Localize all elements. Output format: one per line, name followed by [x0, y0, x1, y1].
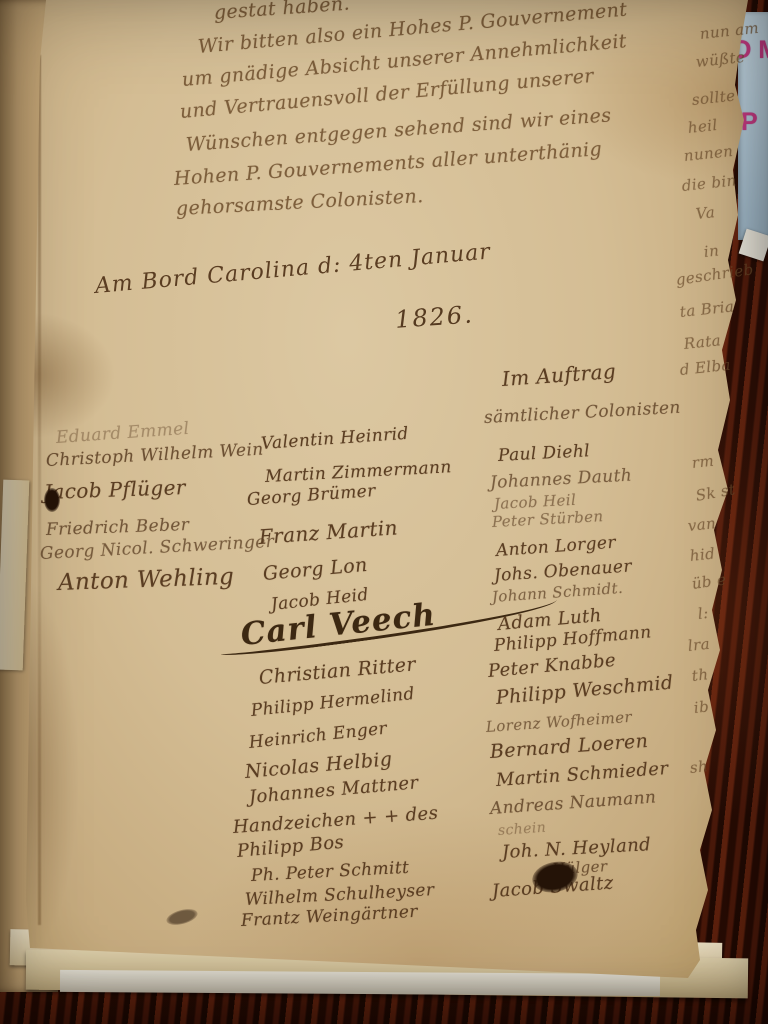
page-stack-sheet	[60, 970, 660, 996]
photo-scene: O M P gestat haben.Wir bitten also ein H…	[0, 0, 768, 1024]
card-letters-line2: P	[741, 108, 758, 137]
manuscript-page: gestat haben.Wir bitten also ein Hohes P…	[16, 0, 752, 988]
card-letters-line1: O M	[738, 36, 768, 65]
ink-blot	[529, 858, 580, 897]
ink-blot	[165, 906, 200, 928]
ink-blots	[16, 0, 752, 988]
ink-blot	[44, 488, 60, 512]
